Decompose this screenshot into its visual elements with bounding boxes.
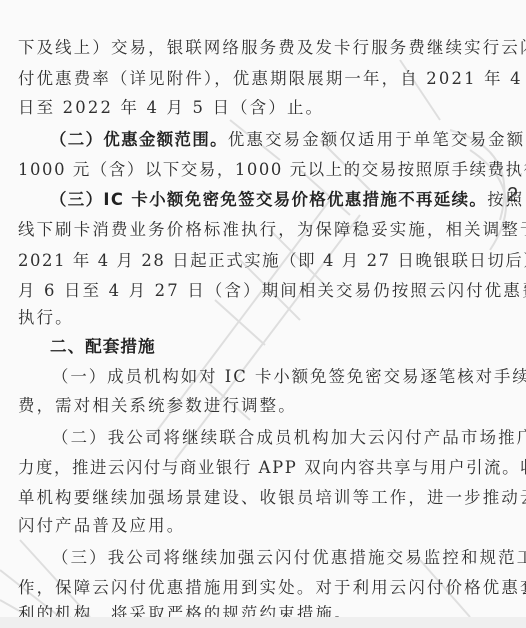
page-number: 2 [507,184,518,207]
paragraph-2-lead: （二）优惠金额范围。 [50,130,228,149]
paragraph-3-line-4: 月 6 日至 4 月 27 日（含）期间相关交易仍按照云闪付优惠费率 [18,281,526,301]
paragraph-6-line-2: 作，保障云闪付优惠措施用到实处。对于利用云闪付价格优惠套 [18,578,526,598]
paragraph-2-text: 优惠交易金额仅适用于单笔交易金额 [228,130,525,149]
paragraph-1-line-1: 下及线上）交易，银联网络服务费及发卡行服务费继续实行云闪 [18,38,526,58]
paragraph-3-line-2: 线下刷卡消费业务价格标准执行，为保障稳妥实施，相关调整于 [18,220,526,240]
paragraph-3-line-3: 2021 年 4 月 28 日起正式实施（即 4 月 27 日晚银联日切后），4 [18,251,526,271]
paragraph-3-line-1: （三）IC 卡小额免密免签交易价格优惠措施不再延续。按照 [50,190,524,210]
paragraph-4-line-1: （一）成员机构如对 IC 卡小额免签免密交易逐笔核对手续 [52,367,526,387]
paragraph-5-line-3: 单机构要继续加强场景建设、收银员培训等工作，进一步推动云 [18,488,526,508]
paragraph-1-line-3: 日至 2022 年 4 月 5 日（含）止。 [18,98,324,118]
paragraph-5-line-4: 闪付产品普及应用。 [18,516,185,536]
paragraph-3-line-5: 执行。 [18,308,74,328]
paragraph-6-line-3: 利的机构，将采取严格的规范约束措施。 [18,604,353,617]
paragraph-4-line-2: 费，需对相关系统参数进行调整。 [18,396,297,416]
document-page: 下及线上）交易，银联网络服务费及发卡行服务费继续实行云闪 付优惠费率（详见附件）… [0,0,526,617]
paragraph-5-line-2: 力度，推进云闪付与商业银行 APP 双向内容共享与用户引流。收 [18,458,526,478]
paragraph-3-lead: （三）IC 卡小额免密免签交易价格优惠措施不再延续。 [50,190,487,209]
paragraph-2-line-2: 1000 元（含）以下交易，1000 元以上的交易按照原手续费执行。 [18,160,526,180]
paragraph-6-line-1: （三）我公司将继续加强云闪付优惠措施交易监控和规范工 [52,548,526,568]
paragraph-1-line-2: 付优惠费率（详见附件），优惠期限展期一年，自 2021 年 4 月 6 [18,69,526,89]
paragraph-2-line-1: （二）优惠金额范围。优惠交易金额仅适用于单笔交易金额 [50,130,525,150]
paragraph-3-text: 按照 [487,190,524,209]
paragraph-5-line-1: （二）我公司将继续联合成员机构加大云闪付产品市场推广 [52,428,526,448]
section-heading: 二、配套措施 [50,337,156,357]
